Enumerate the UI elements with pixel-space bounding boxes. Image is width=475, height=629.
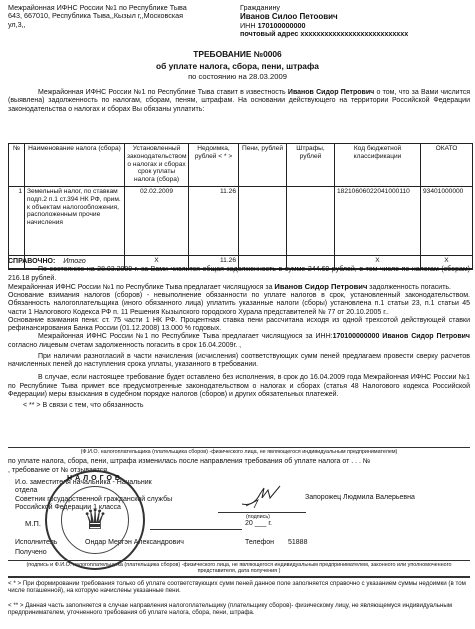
col-header-kbk: Код бюджетной классификации xyxy=(335,144,421,187)
phone-value: 51888 xyxy=(288,539,307,547)
cell-kbk: 18210606022041000110 xyxy=(335,187,421,256)
cell-fines xyxy=(287,187,335,256)
table-row: 1 Земельный налог, по ставкам подп.2 п.1… xyxy=(9,187,473,256)
intro-person: Иванов Сидор Петрович xyxy=(288,89,374,96)
col-header-arrears: Недоимка, рублей < * > xyxy=(189,144,239,187)
col-header-penalty: Пени, рублей xyxy=(239,144,287,187)
footnote-divider xyxy=(8,576,470,578)
recipient-label: Гражданину xyxy=(240,4,470,12)
date-field: 20 ___ г. xyxy=(245,520,272,528)
debt-table: № Наименование налога (сбора) Установлен… xyxy=(8,143,473,270)
p2-prefix: Межрайонная ИФНС России №1 по Республике… xyxy=(8,284,274,291)
sender-line: 643, 667010, Республика Тыва,,Кызыл г,,М… xyxy=(8,12,223,20)
reference-p6: При наличии разногласий в части начислен… xyxy=(8,353,470,370)
official-stamp: НАЛОГОВ ♛ xyxy=(45,470,145,570)
col-header-name: Наименование налога (сбора) xyxy=(25,144,125,187)
reference-p4: Основание взимания пени: ст. 75 части 1 … xyxy=(8,317,470,334)
cell-penalty xyxy=(239,187,287,256)
received-label: Получено xyxy=(15,549,47,557)
sender-line: ул,3,, xyxy=(8,21,223,29)
reference-heading: СПРАВОЧНО: xyxy=(8,258,470,266)
reference-p7: В случае, если настоящее требование буде… xyxy=(8,374,470,399)
intro-paragraph: Межрайонная ИФНС России №1 по Республике… xyxy=(8,89,470,114)
stamp-text: НАЛОГОВ xyxy=(47,475,143,483)
footnote-2: < ** > Данная часть заполняется в случае… xyxy=(8,602,470,617)
p2-person: Иванов Сидор Петрович xyxy=(274,282,367,291)
cell-name: Земельный налог, по ставкам подп.2 п.1 с… xyxy=(25,187,125,256)
signature-icon xyxy=(240,484,290,510)
p5-prefix: Межрайонная ИФНС России №1 по Республике… xyxy=(38,333,333,340)
caption-fio: (Ф.И.О. налогоплательщика (плательщика с… xyxy=(8,449,470,455)
table-header-row: № Наименование налога (сбора) Установлен… xyxy=(9,144,473,187)
cell-arrears: 11.26 xyxy=(189,187,239,256)
footnote-1: < * > При формировании требования только… xyxy=(8,580,470,595)
col-header-due: Установленный законодательством о налога… xyxy=(125,144,189,187)
postal-value: xxxxxxxxxxxxxxxxxxxxxxxxxxx xyxy=(300,29,408,38)
document-title: ТРЕБОВАНИЕ №0006 об уплате налога, сбора… xyxy=(0,50,475,82)
col-header-okato: ОКАТО xyxy=(421,144,473,187)
reference-p2: Межрайонная ИФНС России №1 по Республике… xyxy=(8,283,470,292)
reference-p5: Межрайонная ИФНС России №1 по Республике… xyxy=(8,333,470,350)
cell-num: 1 xyxy=(9,187,25,256)
postal-label: почтовый адрес xyxy=(240,29,298,38)
signer-name: Запорожец Людмила Валерьевна xyxy=(305,494,415,502)
reference-p8: < ** > В связи с тем, что обязанность xyxy=(8,402,470,410)
eagle-emblem-icon: ♛ xyxy=(79,502,111,538)
p5-inn: 170100000000 xyxy=(333,333,380,340)
reference-section: СПРАВОЧНО: По состоянию на 28.03.2009 г.… xyxy=(8,258,470,410)
title-line-2: об уплате налога, сбора, пени, штрафа xyxy=(0,62,475,72)
title-line-1: ТРЕБОВАНИЕ №0006 xyxy=(0,50,475,60)
title-line-3: по состоянию на 28.03.2009 xyxy=(0,73,475,82)
cell-okato: 93401000000 xyxy=(421,187,473,256)
col-header-fines: Штрафы, рублей xyxy=(287,144,335,187)
cell-due: 02.02.2009 xyxy=(125,187,189,256)
reference-p1: По состоянию на 28.03.2009 г. за Вами чи… xyxy=(8,266,470,283)
date-line xyxy=(150,529,242,530)
signature-line xyxy=(218,512,306,513)
recipient-postal: почтовый адрес xxxxxxxxxxxxxxxxxxxxxxxxx… xyxy=(240,30,470,38)
reference-p3: Основание взимания налогов (сборов) - не… xyxy=(8,292,470,317)
mp-label: М.П. xyxy=(25,520,41,529)
intro-prefix: Межрайонная ИФНС России №1 по Республике… xyxy=(38,89,288,96)
recipient-block: Гражданину Иванов Силоо Петоович ИНН 170… xyxy=(240,4,470,39)
sender-block: Межрайонная ИФНС России №1 по Республике… xyxy=(8,4,223,29)
col-header-num: № xyxy=(9,144,25,187)
reference-p9: по уплате налога, сбора, пени, штрафа из… xyxy=(8,458,470,466)
p5-suffix: согласно лицевым счетам задолженность по… xyxy=(8,342,241,349)
p2-suffix: задолженность погасить. xyxy=(367,284,451,291)
p5-person: Иванов Сидор Петрович xyxy=(379,333,470,340)
divider-line xyxy=(8,447,470,448)
phone-label: Телефон xyxy=(245,539,274,547)
